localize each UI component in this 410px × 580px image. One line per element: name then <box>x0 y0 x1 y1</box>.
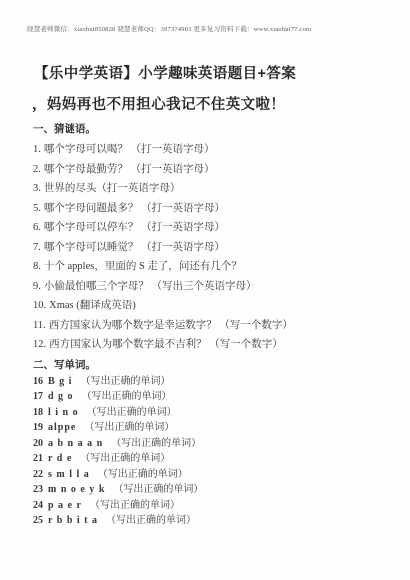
word-letters: B g i <box>48 376 72 387</box>
word-item: 21r d e（写出正确的单词） <box>33 454 392 464</box>
word-hint: （写出正确的单词） <box>111 438 201 449</box>
section-riddles: 一、猜谜语。 1.哪个字母可以喝？ （打一英语字母） 2.哪个字母最勤劳？ （打… <box>33 123 392 350</box>
item-text: 哪个字母问题最多？ （打一英语字母） <box>44 203 225 214</box>
item-number: 10. <box>33 300 46 311</box>
item-number: 19 <box>33 422 43 433</box>
item-number: 5. <box>33 203 41 214</box>
item-number: 25 <box>33 515 43 526</box>
item-text: 哪个字母可以喝？ （打一英语字母） <box>44 144 215 155</box>
item-number: 8. <box>33 261 41 272</box>
word-letters: d g o <box>48 391 74 402</box>
word-letters: p a e r <box>48 500 82 511</box>
word-item: 16B g i（写出正确的单词） <box>33 377 392 387</box>
item-number: 20 <box>33 438 43 449</box>
item-text: 世界的尽头（打一英语字母） <box>44 183 181 194</box>
word-hint: （写出正确的单词） <box>98 469 188 480</box>
quiz-item: 12.西方国家认为哪个数字最不吉利？ （写一个数字） <box>33 339 392 350</box>
doc-subtitle: ，妈妈再也不用担心我记不住英文啦！ <box>32 93 285 114</box>
word-letters: a b n a a n <box>48 438 103 449</box>
item-number: 16 <box>33 376 43 387</box>
item-number: 12. <box>33 339 46 350</box>
doc-title: 【乐中学英语】小学趣味英语题目+答案 <box>34 62 296 83</box>
quiz-item: 3.世界的尽头（打一英语字母） <box>33 183 392 194</box>
word-item: 19alppe（写出正确的单词） <box>33 423 392 433</box>
item-number: 18 <box>33 407 43 418</box>
word-item: 20a b n a a n（写出正确的单词） <box>33 439 392 449</box>
quiz-item: 1.哪个字母可以喝？ （打一英语字母） <box>33 144 392 155</box>
contact-header: 晓慧老师微信：xiaohui850828 晓慧老师QQ：397374903 更多… <box>27 25 390 34</box>
item-text: 哪个字母可以停车？ （打一英语字母） <box>44 222 225 233</box>
quiz-item: 9.小偷最怕哪三个字母？ （写出三个英语字母） <box>33 281 392 292</box>
section-words: 二、写单词。 16B g i（写出正确的单词） 17d g o（写出正确的单词）… <box>33 359 392 527</box>
word-item: 25r b b i t a（写出正确的单词） <box>33 516 392 526</box>
word-hint: （写出正确的单词） <box>82 391 172 402</box>
section-words-heading: 二、写单词。 <box>33 359 392 371</box>
item-number: 17 <box>33 391 43 402</box>
item-text: 西方国家认为哪个数字是幸运数字？ （写一个数字） <box>49 320 293 331</box>
item-number: 21 <box>33 453 43 464</box>
word-hint: （写出正确的单词） <box>113 484 203 495</box>
quiz-item: 5.哪个字母问题最多？ （打一英语字母） <box>33 203 392 214</box>
quiz-item: 7.哪个字母可以睡觉？ （打一英语字母） <box>33 242 392 253</box>
word-letters: s m l l a <box>48 469 90 480</box>
word-letters: l i n o <box>48 407 79 418</box>
word-hint: （写出正确的单词） <box>87 407 177 418</box>
item-number: 24 <box>33 500 43 511</box>
item-text: 哪个字母最勤劳？ （打一英语字母） <box>44 164 215 175</box>
quiz-item: 2.哪个字母最勤劳？ （打一英语字母） <box>33 164 392 175</box>
quiz-item: 6.哪个字母可以停车？ （打一英语字母） <box>33 222 392 233</box>
word-hint: （写出正确的单词） <box>106 515 196 526</box>
word-item: 24p a e r（写出正确的单词） <box>33 501 392 511</box>
word-item: 18l i n o（写出正确的单词） <box>33 408 392 418</box>
word-hint: （写出正确的单词） <box>80 453 170 464</box>
word-hint: （写出正确的单词） <box>84 422 174 433</box>
item-text: Xmas (翻译成英语) <box>49 300 136 311</box>
item-number: 6. <box>33 222 41 233</box>
item-text: 小偷最怕哪三个字母？ （写出三个英语字母） <box>44 281 257 292</box>
word-letters: r b b i t a <box>48 515 98 526</box>
word-hint: （写出正确的单词） <box>80 376 170 387</box>
word-letters: r d e <box>48 453 72 464</box>
word-item: 22s m l l a（写出正确的单词） <box>33 470 392 480</box>
item-text: 西方国家认为哪个数字最不吉利？ （写一个数字） <box>49 339 283 350</box>
document-body: 一、猜谜语。 1.哪个字母可以喝？ （打一英语字母） 2.哪个字母最勤劳？ （打… <box>33 123 392 532</box>
item-number: 11. <box>33 320 46 331</box>
document-page: 晓慧老师微信：xiaohui850828 晓慧老师QQ：397374903 更多… <box>0 0 410 580</box>
item-number: 2. <box>33 164 41 175</box>
quiz-item: 11.西方国家认为哪个数字是幸运数字？ （写一个数字） <box>33 320 392 331</box>
quiz-item: 10.Xmas (翻译成英语) <box>33 300 392 311</box>
word-item: 17d g o（写出正确的单词） <box>33 392 392 402</box>
item-number: 3. <box>33 183 41 194</box>
word-hint: （写出正确的单词） <box>90 500 180 511</box>
quiz-item: 8.十个 apples，里面的 S 走了，问还有几个？ <box>33 261 392 272</box>
item-number: 9. <box>33 281 41 292</box>
word-item: 23m n o e y k（写出正确的单词） <box>33 485 392 495</box>
word-letters: m n o e y k <box>48 484 105 495</box>
item-text: 哪个字母可以睡觉？ （打一英语字母） <box>44 242 225 253</box>
item-number: 1. <box>33 144 41 155</box>
item-number: 23 <box>33 484 43 495</box>
item-text: 十个 apples，里面的 S 走了，问还有几个？ <box>44 261 242 272</box>
item-number: 7. <box>33 242 41 253</box>
section-riddles-heading: 一、猜谜语。 <box>33 123 392 135</box>
item-number: 22 <box>33 469 43 480</box>
word-letters: alppe <box>48 422 76 433</box>
